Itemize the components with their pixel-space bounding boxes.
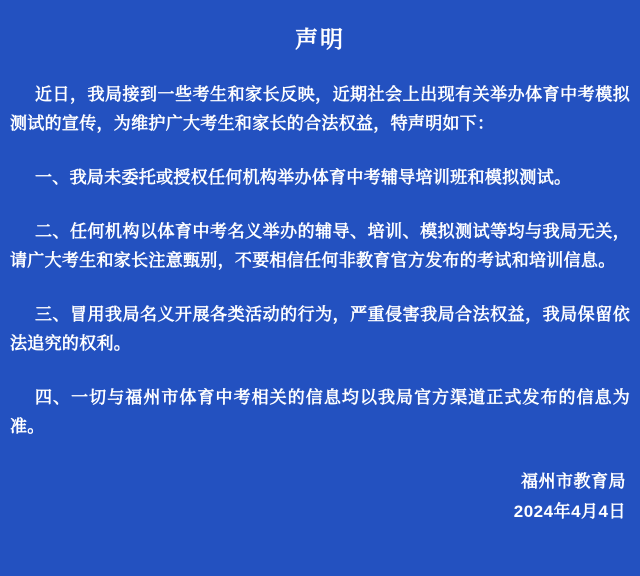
signature-date: 2024年4月4日 [10,497,626,527]
statement-item-2: 二、任何机构以体育中考名义举办的辅导、培训、模拟测试等均与我局无关，请广大考生和… [10,217,630,275]
statement-intro-paragraph: 近日，我局接到一些考生和家长反映，近期社会上出现有关举办体育中考模拟测试的宣传，… [10,80,630,138]
statement-item-1: 一、我局未委托或授权任何机构举办体育中考辅导培训班和模拟测试。 [10,163,630,192]
signature-block: 福州市教育局 2024年4月4日 [10,467,630,527]
statement-item-4: 四、一切与福州市体育中考相关的信息均以我局官方渠道正式发布的信息为准。 [10,383,630,441]
statement-body: 近日，我局接到一些考生和家长反映，近期社会上出现有关举办体育中考模拟测试的宣传，… [10,80,630,441]
statement-item-3: 三、冒用我局名义开展各类活动的行为，严重侵害我局合法权益，我局保留依法追究的权利… [10,300,630,358]
statement-page: 声明 近日，我局接到一些考生和家长反映，近期社会上出现有关举办体育中考模拟测试的… [0,0,640,576]
statement-title: 声明 [10,0,630,54]
signature-organization: 福州市教育局 [10,467,626,497]
